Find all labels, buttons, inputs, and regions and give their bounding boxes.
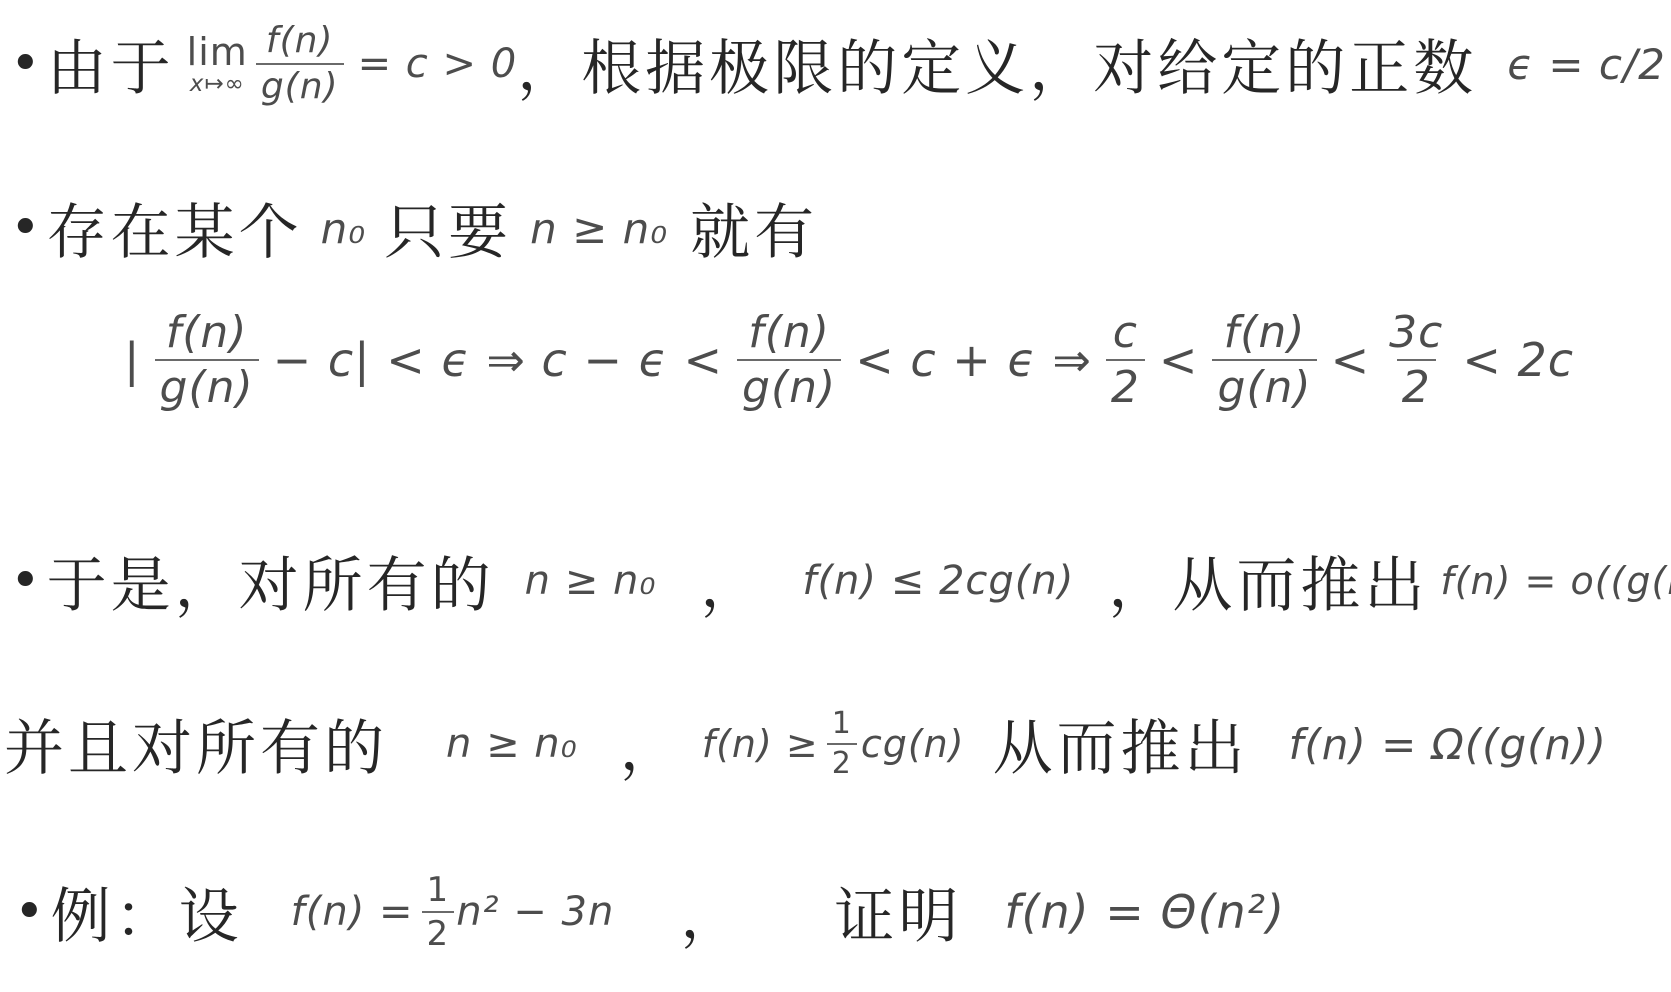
formula-line: | f(n) g(n) − c| < ϵ ⇒ c − ϵ < f(n) g(n)… — [124, 294, 1574, 426]
lim-word: lim — [187, 33, 248, 71]
math-fn-le-2cgn: f(n) ≤ 2cg(n) — [802, 558, 1074, 604]
math-fn-eq: f(n) = — [291, 889, 414, 935]
math-fn-ge-half-cgn: f(n) ≥ 1 2 cg(n) — [702, 707, 965, 780]
text-conclude: 从而推出 — [993, 701, 1249, 787]
math-fn-eq-omega-gn: f(n) = Ω((g(n)) — [1289, 720, 1607, 769]
fraction-1-2: 1 2 — [827, 707, 857, 780]
math-n2-minus-3n: n² − 3n — [456, 889, 614, 935]
comma: ， — [700, 538, 764, 624]
fraction-denominator: 2 — [422, 911, 455, 953]
fraction-numerator: 1 — [422, 871, 455, 911]
fraction-numerator: 3c — [1384, 308, 1448, 359]
line-omega: 并且对所有的 n ≥ n₀ ， f(n) ≥ 1 2 cg(n) 从而推出 f(… — [4, 686, 1607, 802]
slide: • 由于 lim x↦∞ f(n) g(n) = c > 0 ，根据极限的定义，… — [0, 0, 1671, 992]
fraction-c-2: c 2 — [1106, 308, 1145, 413]
text-exists: 存在某个 — [47, 185, 303, 271]
fraction-1-2: 1 2 — [422, 871, 455, 953]
limit-operator: lim x↦∞ — [187, 33, 248, 96]
math-fn-eq-theta-n2: f(n) = Θ(n²) — [1004, 885, 1285, 939]
fraction-denominator: 2 — [1106, 359, 1145, 412]
bullet-icon: • — [10, 202, 41, 254]
fraction-fn-gn: f(n) g(n) — [155, 308, 259, 413]
text-conclude: ，从而推出 — [1108, 538, 1428, 624]
fraction-3c-2: 3c 2 — [1384, 308, 1448, 413]
bullet-icon: • — [10, 555, 41, 607]
fraction-numerator: f(n) — [1219, 308, 1311, 359]
math-fn-ge: f(n) ≥ — [702, 722, 819, 766]
math-eq-c-gt-0: = c > 0 — [358, 41, 518, 87]
formula-lt: < — [1159, 333, 1199, 387]
formula-lt: < — [1331, 333, 1371, 387]
fraction-fn-gn: f(n) g(n) — [1212, 308, 1316, 413]
fraction-denominator: g(n) — [737, 359, 841, 412]
math-fn-eq-o-gn: f(n) = o((g(n)) — [1440, 559, 1671, 603]
bullet-line-big-o: • 于是，对所有的 n ≥ n₀ ， f(n) ≤ 2cg(n) ，从而推出 f… — [10, 536, 1671, 626]
bullet-line-exists-n0: • 存在某个 n₀ 只要 n ≥ n₀ 就有 — [10, 186, 818, 270]
text-bingqie: 并且对所有的 — [4, 701, 388, 787]
fraction-denominator: 2 — [827, 743, 857, 781]
comma: ， — [680, 869, 744, 955]
fraction-numerator: f(n) — [261, 21, 339, 63]
text-prove: 证明 — [834, 869, 962, 955]
text-yushi: 于是，对所有的 — [47, 538, 495, 624]
text-example-let: 例：设 — [51, 869, 243, 955]
text-youyu: 由于 — [47, 21, 175, 107]
math-epsilon: ϵ = c/2 — [1507, 40, 1666, 89]
fraction-denominator: 2 — [1397, 359, 1436, 412]
formula-segment: < c + ϵ ⇒ — [855, 333, 1092, 387]
fraction-numerator: 1 — [827, 707, 857, 743]
fraction-fn-gn: f(n) g(n) — [256, 21, 344, 108]
bullet-line-limit-definition: • 由于 lim x↦∞ f(n) g(n) = c > 0 ，根据极限的定义，… — [10, 6, 1666, 122]
text-zhiyao: 只要 — [384, 185, 512, 271]
comma: ， — [620, 701, 684, 787]
math-cgn: cg(n) — [861, 722, 965, 766]
bullet-icon: • — [14, 886, 45, 938]
fraction-denominator: g(n) — [1212, 359, 1316, 412]
fraction-denominator: g(n) — [256, 63, 344, 107]
math-fn-definition: f(n) = 1 2 n² − 3n — [291, 871, 615, 953]
lim-subscript: x↦∞ — [190, 73, 245, 96]
text-limit-definition: ，根据极限的定义，对给定的正数 — [517, 21, 1477, 107]
formula-segment: − c| < ϵ ⇒ c − ϵ < — [273, 333, 723, 387]
formula-abs-open: | — [124, 333, 141, 387]
fraction-numerator: f(n) — [161, 308, 253, 359]
math-n-ge-n0: n ≥ n₀ — [446, 721, 578, 767]
bullet-line-example: • 例：设 f(n) = 1 2 n² − 3n ， 证明 f(n) = Θ(n… — [14, 846, 1285, 978]
fraction-denominator: g(n) — [155, 359, 259, 412]
fraction-fn-gn: f(n) g(n) — [737, 308, 841, 413]
fraction-numerator: c — [1108, 308, 1143, 359]
bullet-icon: • — [10, 38, 41, 90]
text-jiuyou: 就有 — [690, 185, 818, 271]
math-n-ge-n0: n ≥ n₀ — [530, 204, 668, 253]
fraction-numerator: f(n) — [743, 308, 835, 359]
formula-lt-2c: < 2c — [1462, 333, 1574, 387]
math-n0: n₀ — [321, 204, 366, 253]
math-n-ge-n0: n ≥ n₀ — [525, 558, 657, 604]
